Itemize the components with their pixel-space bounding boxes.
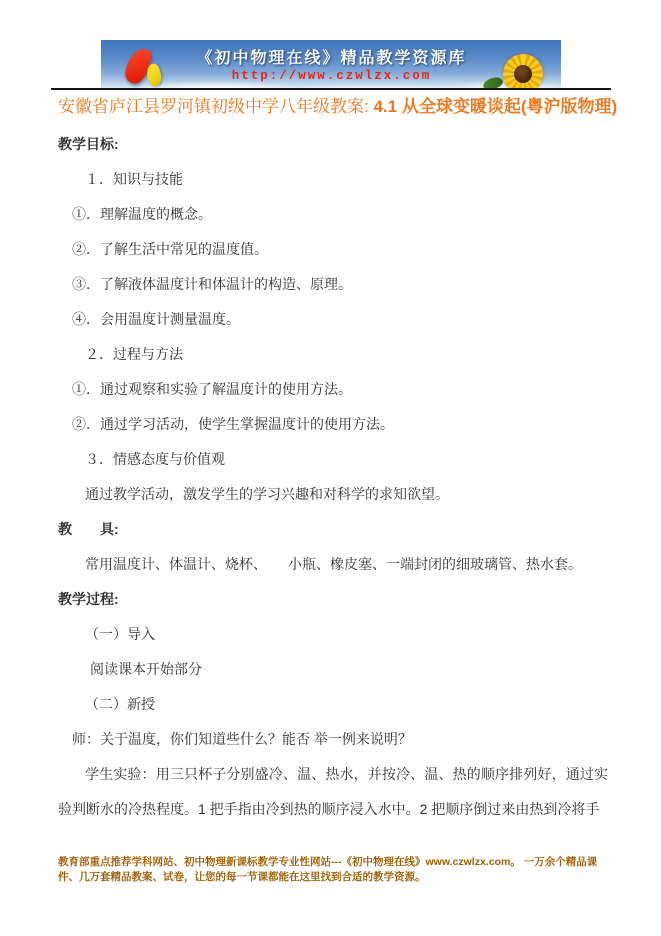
doc-paragraph: 教学过程:: [58, 582, 608, 617]
doc-paragraph: ①．理解温度的概念。: [58, 197, 608, 232]
doc-paragraph: ②．通过学习活动，使学生掌握温度计的使用方法。: [58, 407, 608, 442]
sunflower-icon: [501, 52, 547, 88]
document-page: 《初中物理在线》精品教学资源库 http://www.czwlzx.com 安徽…: [0, 0, 661, 936]
doc-paragraph: 教 具:: [58, 512, 608, 547]
document-body: 教学目标:１．知识与技能①．理解温度的概念。②．了解生活中常见的温度值。③．了解…: [58, 127, 608, 827]
doc-paragraph: 学生实验：用三只杯子分别盛冷、温、热水，并按冷、温、热的顺序排列好，通过实验判断…: [58, 757, 608, 827]
document-title: 安徽省庐江县罗河镇初级中学八年级教案: 4.1 从全球变暖谈起(粤沪版物理): [58, 95, 638, 118]
page-header: 《初中物理在线》精品教学资源库 http://www.czwlzx.com: [0, 40, 661, 90]
doc-paragraph: ①．通过观察和实验了解温度计的使用方法。: [58, 372, 608, 407]
doc-paragraph: ３．情感态度与价值观: [58, 442, 608, 477]
page-footer: 教育部重点推荐学科网站、初中物理新课标教学专业性网站---《初中物理在线》www…: [58, 855, 614, 885]
doc-paragraph: （二）新授: [58, 687, 608, 722]
doc-paragraph: １．知识与技能: [58, 162, 608, 197]
doc-paragraph: 阅读课本开始部分: [58, 652, 608, 687]
footer-promo-text: 教育部重点推荐学科网站、初中物理新课标教学专业性网站---《初中物理在线》www…: [58, 855, 614, 885]
doc-paragraph: ２．过程与方法: [58, 337, 608, 372]
flame-logo-icon: [125, 46, 173, 88]
banner-site-title: 《初中物理在线》精品教学资源库: [181, 45, 483, 68]
doc-paragraph: ④．会用温度计测量温度。: [58, 302, 608, 337]
doc-paragraph: ③．了解液体温度计和体温计的构造、原理。: [58, 267, 608, 302]
sunflower-center: [514, 65, 532, 83]
doc-paragraph: 师：关于温度，你们知道些什么？能否 举一例来说明？: [58, 722, 608, 757]
header-divider: [51, 88, 611, 90]
doc-paragraph: 通过教学活动，激发学生的学习兴趣和对科学的求知欲望。: [58, 477, 608, 512]
site-banner: 《初中物理在线》精品教学资源库 http://www.czwlzx.com: [101, 40, 561, 88]
doc-paragraph: （一）导入: [58, 617, 608, 652]
document-title-lesson: 4.1 从全球变暖谈起(粤沪版物理): [369, 97, 617, 116]
doc-paragraph: 教学目标:: [58, 127, 608, 162]
doc-paragraph: 常用温度计、体温计、烧杯、 小瓶、橡皮塞、一端封闭的细玻璃管、热水套。: [58, 547, 608, 582]
banner-site-url-link[interactable]: http://www.czwlzx.com: [181, 69, 483, 83]
document-title-school: 安徽省庐江县罗河镇初级中学八年级教案:: [58, 97, 369, 116]
banner-text-block: 《初中物理在线》精品教学资源库 http://www.czwlzx.com: [181, 45, 483, 83]
doc-paragraph: ②．了解生活中常见的温度值。: [58, 232, 608, 267]
